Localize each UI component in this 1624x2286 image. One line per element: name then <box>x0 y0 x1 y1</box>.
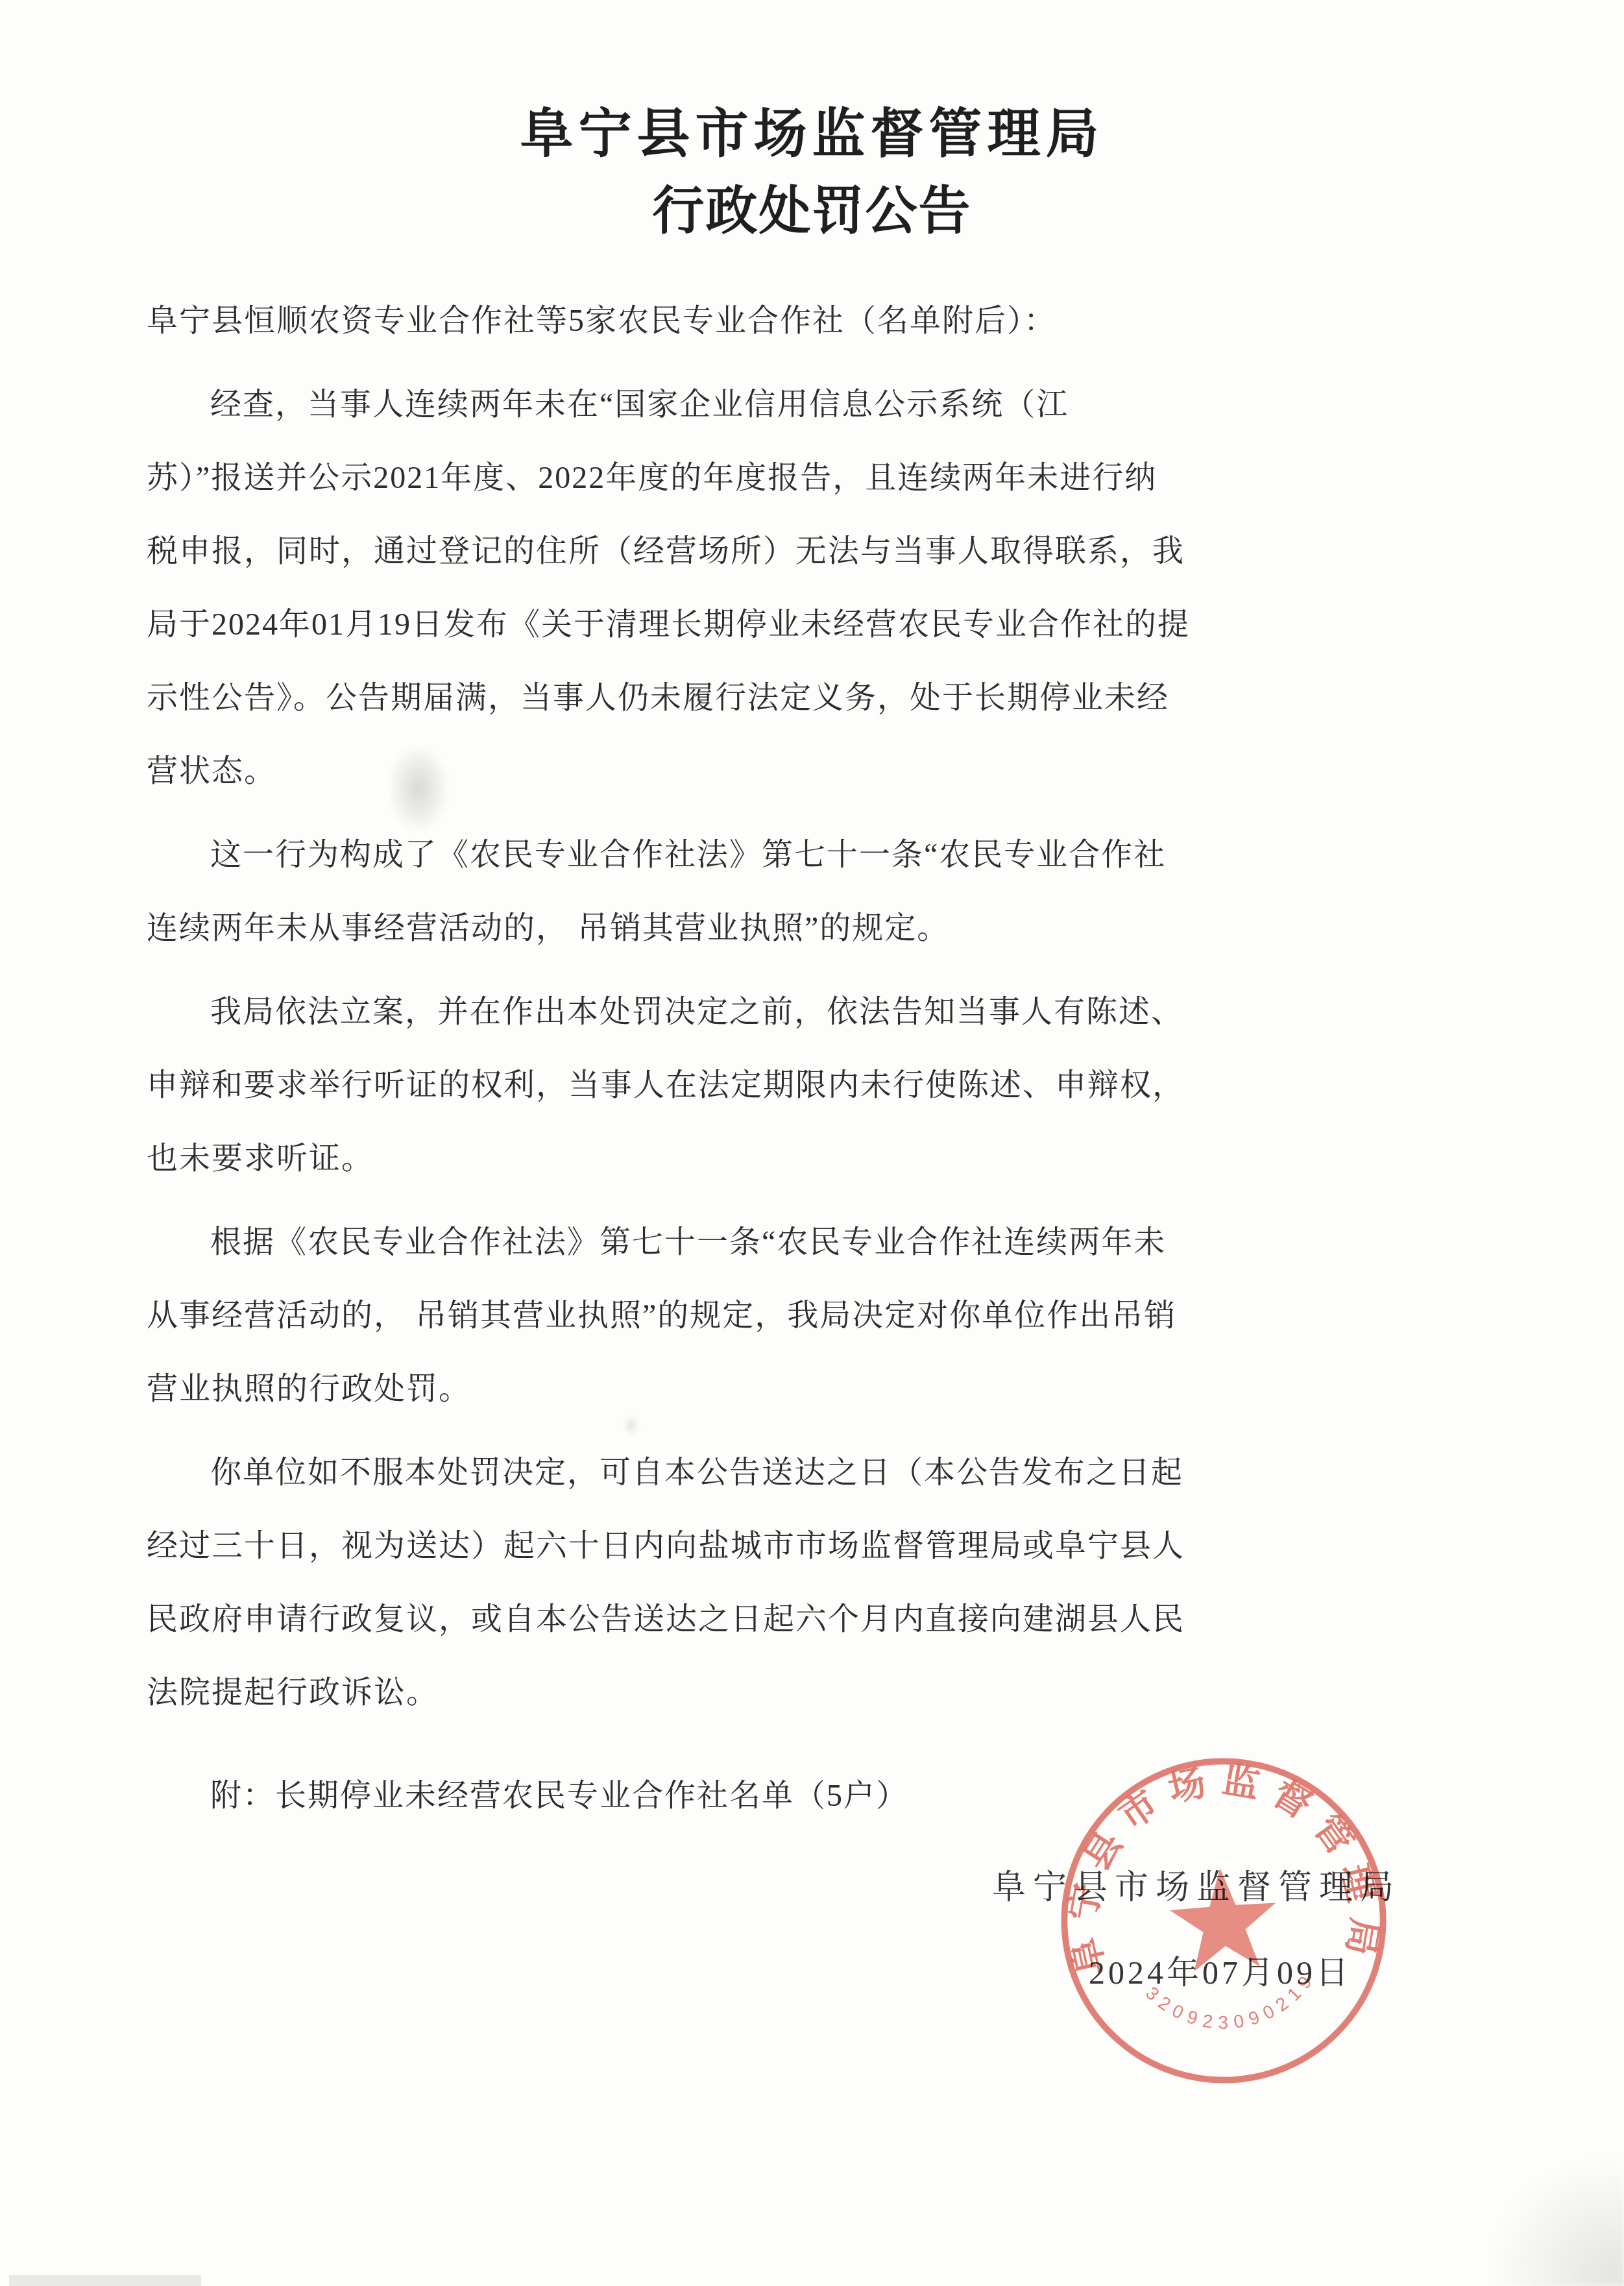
paragraph: 这一行为构成了《农民专业合作社法》第七十一条“农民专业合作社连续两年未从事经营活… <box>147 818 1501 965</box>
paragraph: 经查，当事人连续两年未在“国家企业信用信息公示系统（江苏）”报送并公示2021年… <box>147 368 1501 808</box>
title-agency: 阜宁县市场监督管理局 <box>0 96 1624 173</box>
paragraph: 附：长期停业未经营农民专业合作社名单（5户） <box>147 1759 1501 1832</box>
body-line: 苏）”报送并公示2021年度、2022年度的年度报告，且连续两年未进行纳 <box>147 441 1501 515</box>
body-line: 示性公告》。公告期届满，当事人仍未履行法定义务，处于长期停业未经 <box>147 661 1501 735</box>
title-notice-type: 行政处罚公告 <box>0 173 1624 249</box>
body-line: 经查，当事人连续两年未在“国家企业信用信息公示系统（江 <box>147 368 1501 441</box>
body-line: 阜宁县恒顺农资专业合作社等5家农民专业合作社（名单附后）： <box>147 284 1501 358</box>
body-line: 民政府申请行政复议，或自本公告送达之日起六个月内直接向建湖县人民 <box>147 1583 1501 1656</box>
body-line: 从事经营活动的， 吊销其营业执照”的规定，我局决定对你单位作出吊销 <box>147 1279 1501 1352</box>
body-line: 营业执照的行政处罚。 <box>147 1352 1501 1426</box>
scan-edge-artifact <box>9 2275 201 2286</box>
document-title: 阜宁县市场监督管理局 行政处罚公告 <box>0 0 1624 249</box>
body-line: 法院提起行政诉讼。 <box>147 1656 1501 1729</box>
body-line: 经过三十日，视为送达）起六十日内向盐城市市场监督管理局或阜宁县人 <box>147 1509 1501 1583</box>
document-page: 阜宁县市场监督管理局 行政处罚公告 阜宁县恒顺农资专业合作社等5家农民专业合作社… <box>0 0 1624 2286</box>
paragraph: 根据《农民专业合作社法》第七十一条“农民专业合作社连续两年未从事经营活动的， 吊… <box>147 1206 1501 1426</box>
body-line: 局于2024年01月19日发布《关于清理长期停业未经营农民专业合作社的提 <box>147 588 1501 661</box>
body-line: 连续两年未从事经营活动的， 吊销其营业执照”的规定。 <box>147 892 1501 965</box>
body-line: 也未要求听证。 <box>147 1122 1501 1195</box>
paragraph: 我局依法立案，并在作出本处罚决定之前，依法告知当事人有陈述、申辩和要求举行听证的… <box>147 975 1501 1195</box>
body-line: 附：长期停业未经营农民专业合作社名单（5户） <box>147 1759 1501 1832</box>
body-line: 这一行为构成了《农民专业合作社法》第七十一条“农民专业合作社 <box>147 818 1501 892</box>
body-line: 营状态。 <box>147 735 1501 808</box>
scan-edge-artifact <box>1486 2154 1624 2286</box>
body-line: 根据《农民专业合作社法》第七十一条“农民专业合作社连续两年未 <box>147 1206 1501 1279</box>
paragraph: 你单位如不服本处罚决定，可自本公告送达之日（本公告发布之日起经过三十日，视为送达… <box>147 1436 1501 1729</box>
body-line: 你单位如不服本处罚决定，可自本公告送达之日（本公告发布之日起 <box>147 1436 1501 1509</box>
issue-date: 2024年07月09日 <box>1089 1947 1351 1993</box>
body-line: 我局依法立案，并在作出本处罚决定之前，依法告知当事人有陈述、 <box>147 975 1501 1049</box>
body-line: 税申报，同时，通过登记的住所（经营场所）无法与当事人取得联系，我 <box>147 515 1501 588</box>
issuer-signature: 阜宁县市场监督管理局 <box>992 1860 1401 1908</box>
paragraph: 阜宁县恒顺农资专业合作社等5家农民专业合作社（名单附后）： <box>147 284 1501 358</box>
body-line: 申辩和要求举行听证的权利，当事人在法定期限内未行使陈述、申辩权， <box>147 1049 1501 1122</box>
body-text: 阜宁县恒顺农资专业合作社等5家农民专业合作社（名单附后）：经查，当事人连续两年未… <box>0 284 1624 1832</box>
